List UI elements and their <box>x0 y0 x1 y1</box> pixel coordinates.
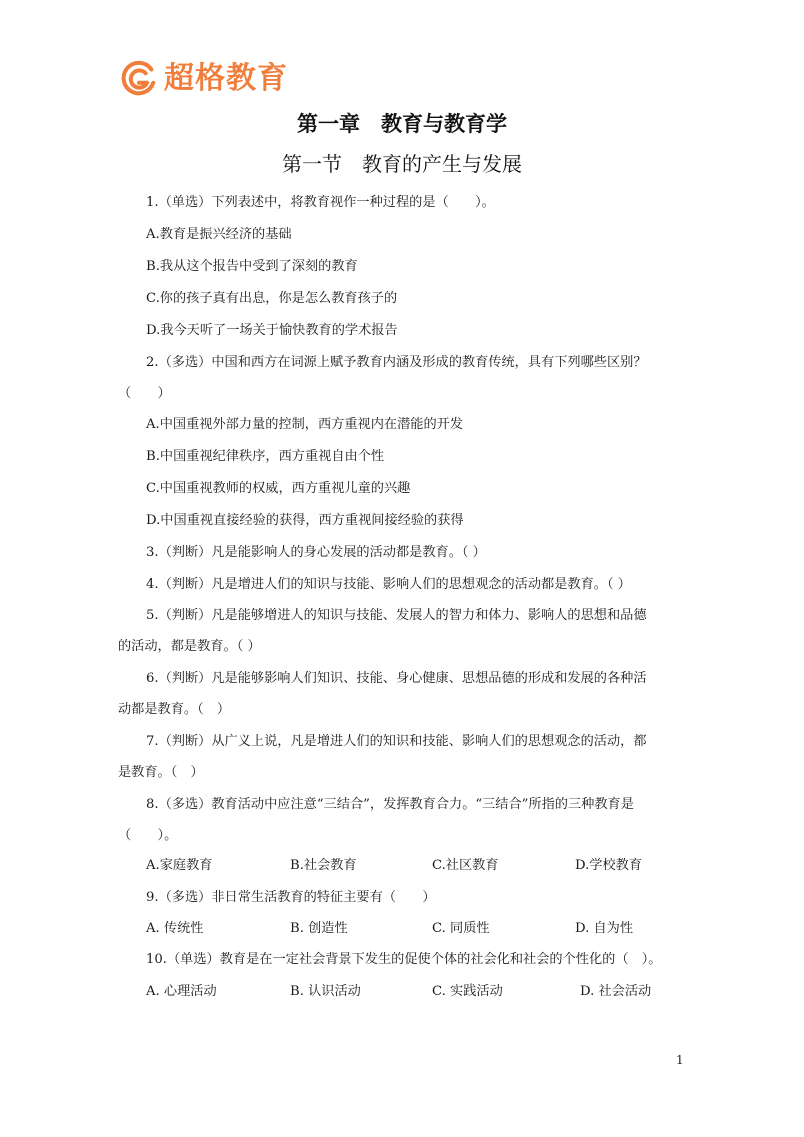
question-1-option-a: A.教育是振兴经济的基础 <box>146 226 292 244</box>
question-4-stem: 4.（判断）凡是增进人们的知识与技能、影响人们的思想观念的活动都是教育。（ ） <box>146 576 631 594</box>
logo-text: 超格教育 <box>164 58 288 100</box>
question-7-stem-cont: 是教育。（ ） <box>118 764 204 782</box>
question-10-option-b: B. 认识活动 <box>290 983 361 1001</box>
question-7-stem: 7.（判断）从广义上说，凡是增进人们的知识和技能、影响人们的思想观念的活动，都 <box>146 733 647 751</box>
question-1-option-d: D.我今天听了一场关于愉快教育的学术报告 <box>146 322 398 340</box>
question-2-option-b: B.中国重视纪律秩序，西方重视自由个性 <box>146 448 384 466</box>
question-1-option-c: C.你的孩子真有出息，你是怎么教育孩子的 <box>146 290 397 308</box>
question-3-stem: 3.（判断）凡是能影响人的身心发展的活动都是教育。（ ） <box>146 544 486 562</box>
question-2-option-c: C.中国重视教师的权威，西方重视儿童的兴趣 <box>146 480 410 498</box>
question-2-stem-cont: （ ） <box>118 385 171 403</box>
question-9-option-d: D. 自为性 <box>575 920 633 938</box>
question-8-stem: 8.（多选）教育活动中应注意“三结合”，发挥教育合力。“三结合”所指的三种教育是 <box>146 796 634 814</box>
question-1-option-b: B.我从这个报告中受到了深刻的教育 <box>146 258 358 276</box>
logo-g-icon <box>120 60 158 98</box>
question-9-stem: 9.（多选）非日常生活教育的特征主要有（ ） <box>146 889 436 907</box>
question-9-option-c: C. 同质性 <box>432 920 490 938</box>
question-2-stem: 2.（多选）中国和西方在词源上赋予教育内涵及形成的教育传统，具有下列哪些区别？ <box>146 354 647 372</box>
question-8-option-d: D.学校教育 <box>575 857 642 875</box>
question-2-option-d: D.中国重视直接经验的获得，西方重视间接经验的获得 <box>146 512 464 530</box>
question-9-option-b: B. 创造性 <box>290 920 348 938</box>
question-8-option-c: C.社区教育 <box>432 857 499 875</box>
question-1-stem: 1.（单选）下列表述中，将教育视作一种过程的是（ ）。 <box>146 194 495 212</box>
question-6-stem: 6.（判断）凡是能够影响人们知识、技能、身心健康、思想品德的形成和发展的各种活 <box>146 670 647 688</box>
question-10-option-a: A. 心理活动 <box>146 983 217 1001</box>
question-10-option-d: D. 社会活动 <box>580 983 651 1001</box>
question-2-option-a: A.中国重视外部力量的控制，西方重视内在潜能的开发 <box>146 416 463 434</box>
question-10-stem: 10.（单选）教育是在一定社会背景下发生的促使个体的社会化和社会的个性化的（ ）… <box>146 951 662 969</box>
question-8-option-b: B.社会教育 <box>290 857 357 875</box>
question-8-stem-cont: （ ）。 <box>118 827 177 845</box>
question-10-option-c: C. 实践活动 <box>432 983 503 1001</box>
question-6-stem-cont: 动都是教育。（ ） <box>118 701 230 719</box>
chapter-title: 第一章 教育与教育学 <box>0 110 804 138</box>
page-number: 1 <box>676 1053 684 1067</box>
question-5-stem-cont: 的活动，都是教育。（ ） <box>118 638 261 656</box>
question-8-option-a: A.家庭教育 <box>146 857 212 875</box>
brand-logo: 超格教育 <box>120 58 288 100</box>
question-5-stem: 5.（判断）凡是能够增进人的知识与技能、发展人的智力和体力、影响人的思想和品德 <box>146 607 647 625</box>
section-title: 第一节 教育的产生与发展 <box>0 150 804 178</box>
question-9-option-a: A. 传统性 <box>146 920 203 938</box>
